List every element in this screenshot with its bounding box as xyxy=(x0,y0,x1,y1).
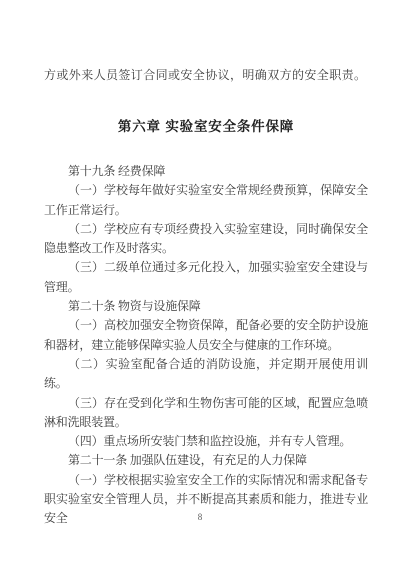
article-20-heading: 第二十条 物资与设施保障 xyxy=(44,297,368,316)
continuation-paragraph: 方或外来人员签订合同或安全协议，明确双方的安全职责。 xyxy=(44,66,368,85)
article-20-item-1: （一）高校加强安全物资保障，配备必要的安全防护设施和器材，建立能够保障实验人员安… xyxy=(44,316,368,355)
article-20-item-2: （二）实验室配备合适的消防设施，并定期开展使用训练。 xyxy=(44,355,368,394)
page-number: 8 xyxy=(0,511,400,523)
chapter-heading: 第六章 实验室安全条件保障 xyxy=(44,118,368,136)
article-19-item-1: （一）学校每年做好实验室安全常规经费预算，保障安全工作正常运行。 xyxy=(44,181,368,220)
article-19-heading: 第十九条 经费保障 xyxy=(44,162,368,181)
page-content: 方或外来人员签订合同或安全协议，明确双方的安全职责。 第六章 实验室安全条件保障… xyxy=(44,0,368,529)
document-page: 方或外来人员签订合同或安全协议，明确双方的安全职责。 第六章 实验室安全条件保障… xyxy=(0,0,400,565)
article-19-item-3: （三）二级单位通过多元化投入，加强实验室安全建设与管理。 xyxy=(44,258,368,297)
document-body: 第十九条 经费保障 （一）学校每年做好实验室安全常规经费预算，保障安全工作正常运… xyxy=(44,162,368,529)
article-21-heading: 第二十一条 加强队伍建设，有充足的人力保障 xyxy=(44,451,368,470)
article-19-item-2: （二）学校应有专项经费投入实验室建设，同时确保安全隐患整改工作及时落实。 xyxy=(44,220,368,259)
article-20-item-3: （三）存在受到化学和生物伤害可能的区域，配置应急喷淋和洗眼装置。 xyxy=(44,394,368,433)
article-20-item-4: （四）重点场所安装门禁和监控设施，并有专人管理。 xyxy=(44,432,368,451)
